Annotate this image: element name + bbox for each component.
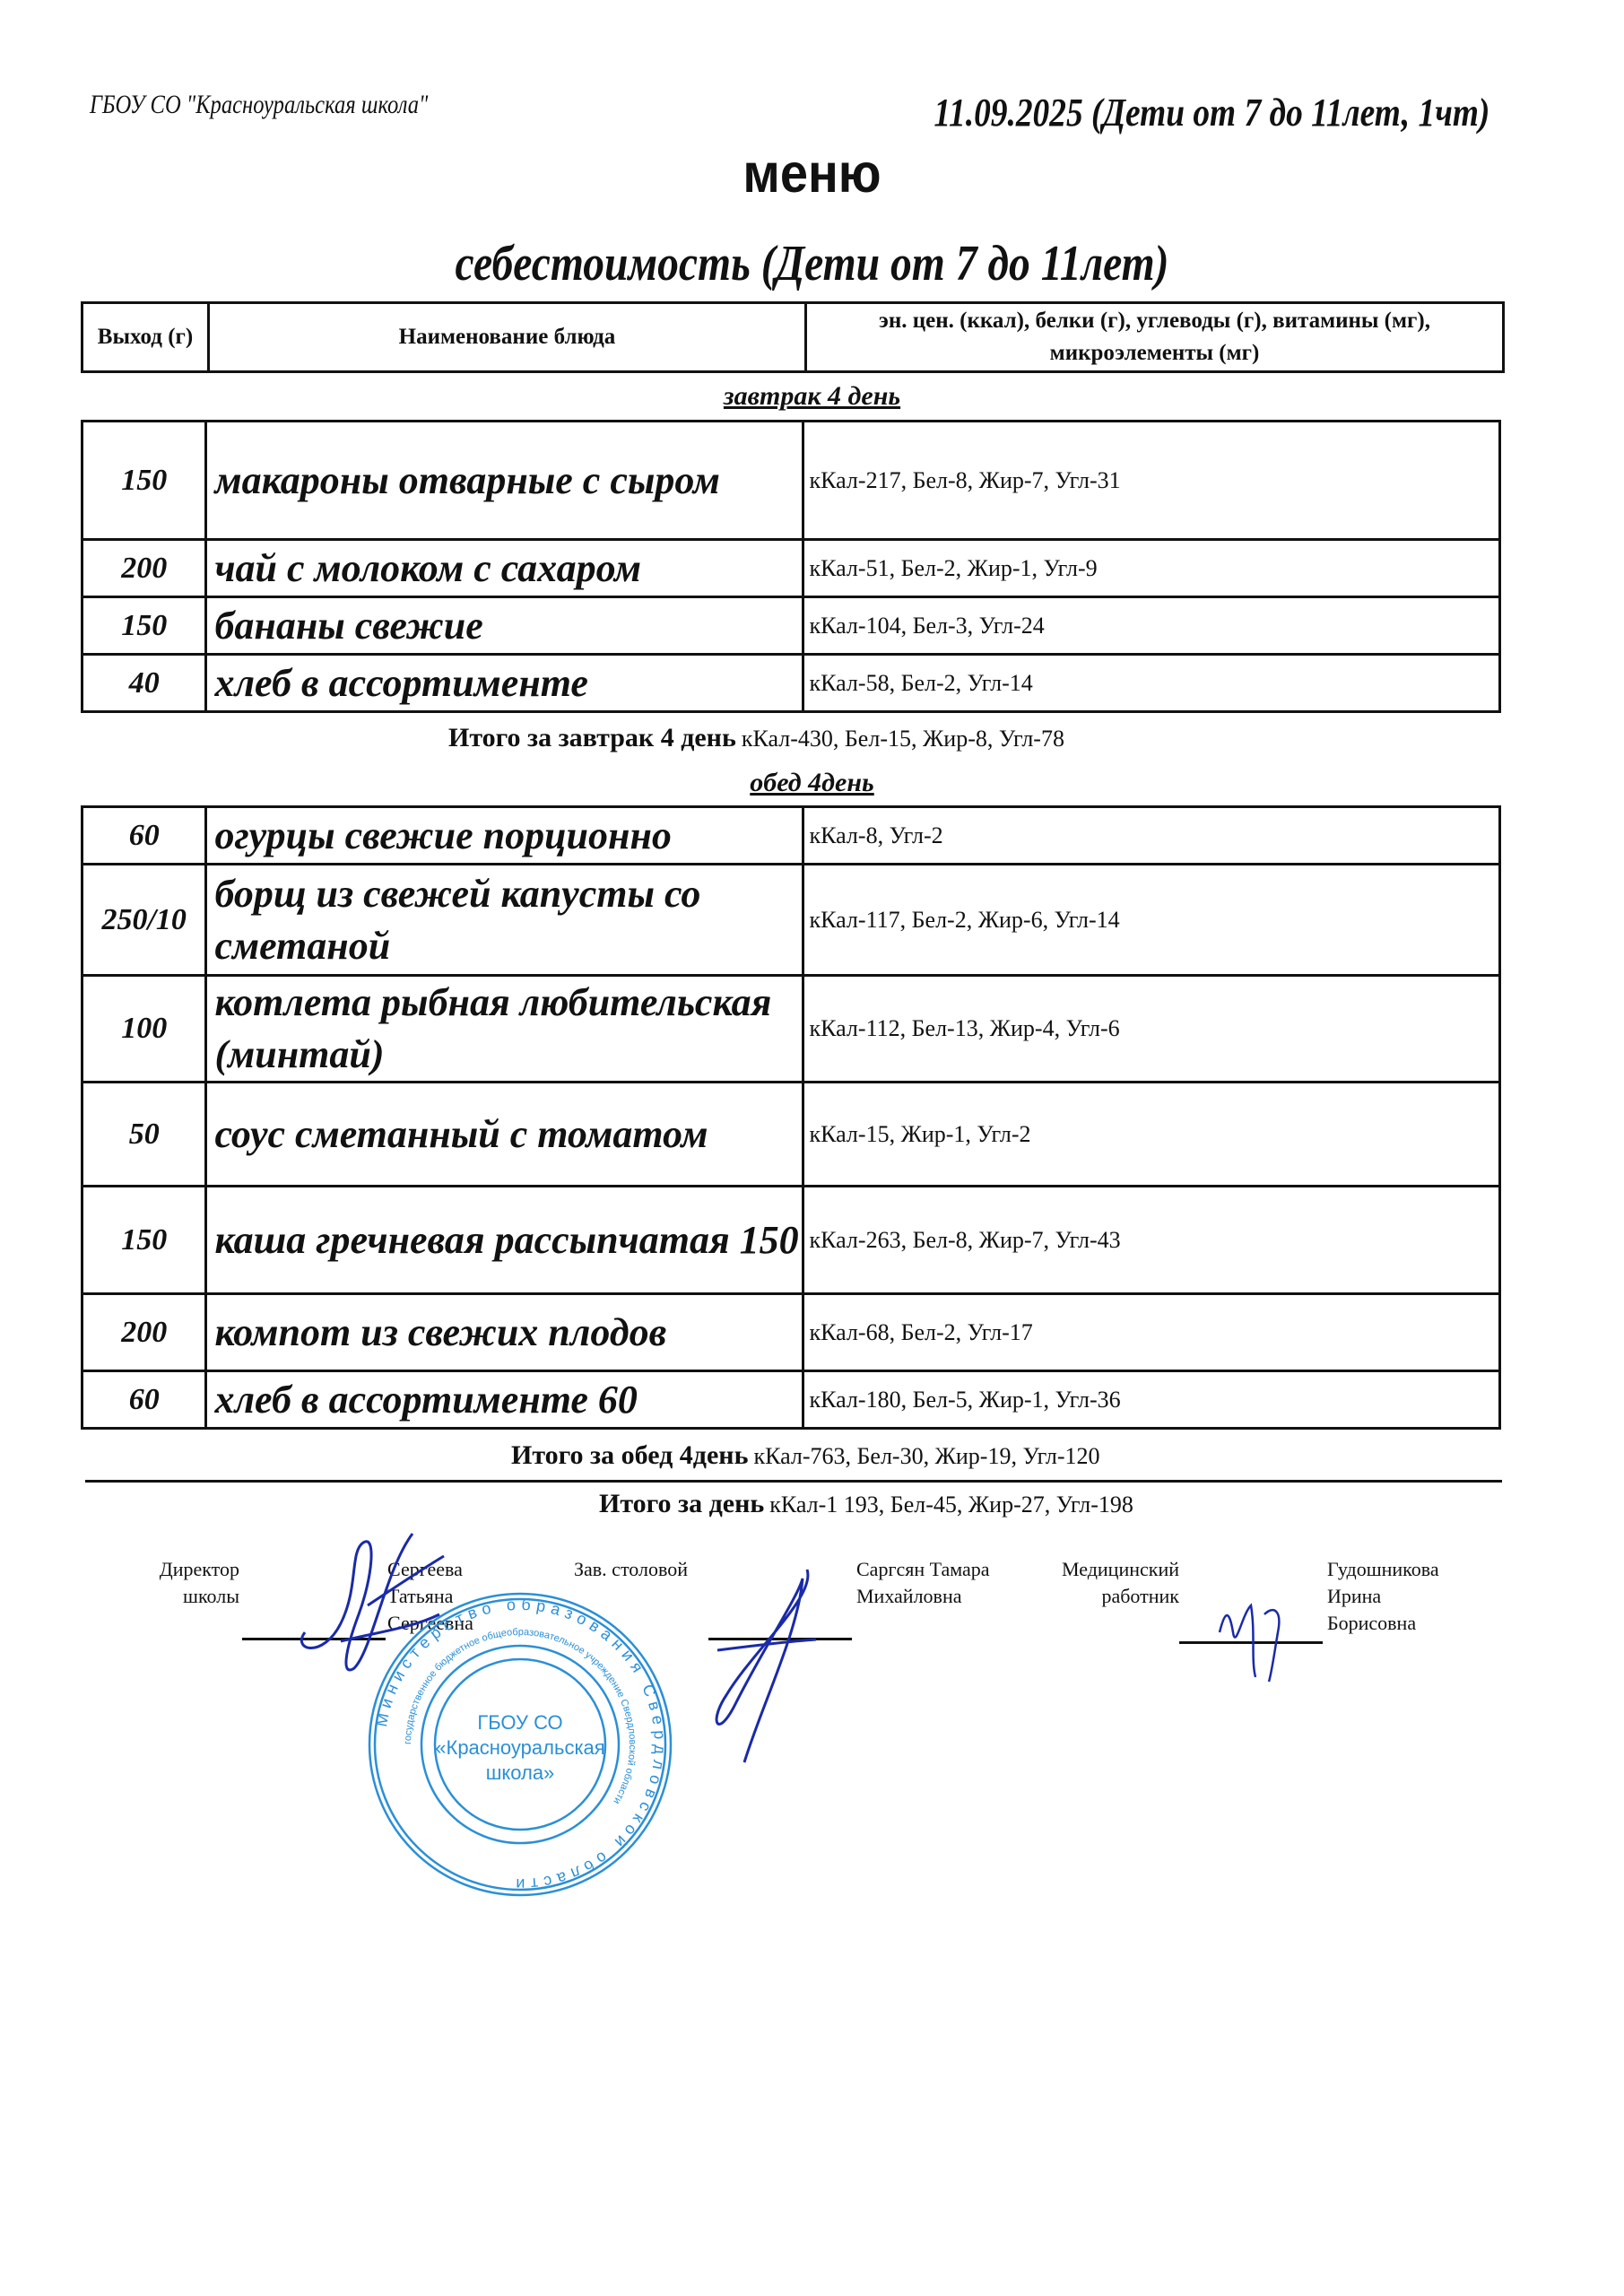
lunch-total-value: кКал-763, Бел-30, Жир-19, Угл-120: [753, 1443, 1099, 1469]
row-nutrition: кКал-217, Бел-8, Жир-7, Угл-31: [803, 422, 1499, 540]
col-name-header: Наименование блюда: [209, 303, 806, 372]
medic-role-line2: работник: [1040, 1583, 1179, 1610]
row-nutrition: кКал-104, Бел-3, Угл-24: [803, 597, 1499, 655]
medic-name: Гудошникова Ирина Борисовна: [1327, 1556, 1439, 1637]
medic-role: Медицинский работник: [1040, 1556, 1179, 1610]
breakfast-total: Итого за завтрак 4 денькКал-430, Бел-15,…: [448, 723, 1064, 753]
breakfast-total-label: Итого за завтрак 4 день: [448, 723, 736, 752]
row-dish-name: компот из свежих плодов: [206, 1294, 803, 1371]
table-header: Выход (г) Наименование блюда эн. цен. (к…: [81, 301, 1505, 373]
table-row: 60 хлеб в ассортименте 60 кКал-180, Бел-…: [83, 1371, 1500, 1429]
medic-role-line1: Медицинский: [1040, 1556, 1179, 1583]
row-nutrition: кКал-117, Бел-2, Жир-6, Угл-14: [803, 865, 1499, 976]
svg-text:школа»: школа»: [486, 1761, 555, 1784]
col-nutrition-header: эн. цен. (ккал), белки (г), углеводы (г)…: [806, 303, 1504, 372]
table-row: 40 хлеб в ассортименте кКал-58, Бел-2, У…: [83, 655, 1500, 712]
row-dish-name: огурцы свежие порционно: [206, 807, 803, 865]
day-total-value: кКал-1 193, Бел-45, Жир-27, Угл-198: [769, 1492, 1133, 1518]
lunch-section-title: обед 4день: [0, 768, 1624, 798]
table-row: 60 огурцы свежие порционно кКал-8, Угл-2: [83, 807, 1500, 865]
table-row: 250/10 борщ из свежей капусты со сметано…: [83, 865, 1500, 976]
row-nutrition: кКал-263, Бел-8, Жир-7, Угл-43: [803, 1187, 1499, 1294]
row-nutrition: кКал-15, Жир-1, Угл-2: [803, 1083, 1499, 1187]
row-qty: 60: [83, 807, 206, 865]
canteen-name: Саргсян Тамара Михайловна: [856, 1556, 990, 1610]
breakfast-section-title: завтрак 4 день: [0, 381, 1624, 412]
row-dish-name: макароны отварные с сыром: [206, 422, 803, 540]
canteen-signature-icon: [699, 1561, 834, 1767]
lunch-total: Итого за обед 4денькКал-763, Бел-30, Жир…: [511, 1440, 1100, 1471]
table-row: 150 бананы свежие кКал-104, Бел-3, Угл-2…: [83, 597, 1500, 655]
medic-name-line1: Гудошникова: [1327, 1556, 1439, 1583]
row-dish-name: соус сметанный с томатом: [206, 1083, 803, 1187]
svg-text:«Красноуральская: «Красноуральская: [435, 1736, 604, 1759]
director-role: Директор школы: [148, 1556, 239, 1610]
row-qty: 150: [83, 422, 206, 540]
table-row: 200 компот из свежих плодов кКал-68, Бел…: [83, 1294, 1500, 1371]
row-nutrition: кКал-58, Бел-2, Угл-14: [803, 655, 1499, 712]
table-row: 200 чай с молоком с сахаром кКал-51, Бел…: [83, 540, 1500, 597]
row-dish-name: борщ из свежей капусты со сметаной: [206, 865, 803, 976]
canteen-name-line2: Михайловна: [856, 1583, 990, 1610]
row-nutrition: кКал-51, Бел-2, Жир-1, Угл-9: [803, 540, 1499, 597]
divider: [85, 1480, 1502, 1483]
page-title: меню: [0, 141, 1624, 205]
organization-name: ГБОУ СО "Красноуральская школа": [90, 90, 428, 120]
director-role-line2: школы: [148, 1583, 239, 1610]
row-dish-name: котлета рыбная любительская (минтай): [206, 976, 803, 1083]
table-row: 150 макароны отварные с сыром кКал-217, …: [83, 422, 1500, 540]
table-row: 50 соус сметанный с томатом кКал-15, Жир…: [83, 1083, 1500, 1187]
canteen-name-line1: Саргсян Тамара: [856, 1556, 990, 1583]
row-qty: 150: [83, 1187, 206, 1294]
col-output-header: Выход (г): [83, 303, 209, 372]
row-nutrition: кКал-8, Угл-2: [803, 807, 1499, 865]
day-total: Итого за денькКал-1 193, Бел-45, Жир-27,…: [599, 1489, 1133, 1519]
row-dish-name: каша гречневая рассыпчатая 150: [206, 1187, 803, 1294]
medic-name-line2: Ирина: [1327, 1583, 1439, 1610]
row-nutrition: кКал-68, Бел-2, Угл-17: [803, 1294, 1499, 1371]
row-dish-name: хлеб в ассортименте 60: [206, 1371, 803, 1429]
row-qty: 200: [83, 1294, 206, 1371]
breakfast-total-value: кКал-430, Бел-15, Жир-8, Угл-78: [742, 726, 1064, 752]
breakfast-table: 150 макароны отварные с сыром кКал-217, …: [81, 420, 1501, 713]
date-line: 11.09.2025 (Дети от 7 до 11лет, 1чт): [934, 90, 1489, 135]
table-row: 150 каша гречневая рассыпчатая 150 кКал-…: [83, 1187, 1500, 1294]
row-qty: 150: [83, 597, 206, 655]
director-signature-icon: [287, 1516, 466, 1686]
medic-name-line3: Борисовна: [1327, 1610, 1439, 1637]
row-qty: 200: [83, 540, 206, 597]
row-dish-name: хлеб в ассортименте: [206, 655, 803, 712]
lunch-table: 60 огурцы свежие порционно кКал-8, Угл-2…: [81, 805, 1501, 1430]
lunch-total-label: Итого за обед 4день: [511, 1440, 748, 1470]
row-qty: 250/10: [83, 865, 206, 976]
row-qty: 40: [83, 655, 206, 712]
row-qty: 100: [83, 976, 206, 1083]
medic-signature-icon: [1202, 1578, 1309, 1686]
director-role-line1: Директор: [148, 1556, 239, 1583]
svg-text:ГБОУ СО: ГБОУ СО: [477, 1711, 562, 1734]
day-total-label: Итого за день: [599, 1489, 764, 1518]
row-dish-name: бананы свежие: [206, 597, 803, 655]
row-qty: 60: [83, 1371, 206, 1429]
row-nutrition: кКал-112, Бел-13, Жир-4, Угл-6: [803, 976, 1499, 1083]
row-qty: 50: [83, 1083, 206, 1187]
canteen-role: Зав. столовой: [574, 1556, 688, 1583]
row-nutrition: кКал-180, Бел-5, Жир-1, Угл-36: [803, 1371, 1499, 1429]
page-subtitle: себестоимость (Дети от 7 до 11лет): [122, 235, 1502, 292]
row-dish-name: чай с молоком с сахаром: [206, 540, 803, 597]
table-row: 100 котлета рыбная любительская (минтай)…: [83, 976, 1500, 1083]
